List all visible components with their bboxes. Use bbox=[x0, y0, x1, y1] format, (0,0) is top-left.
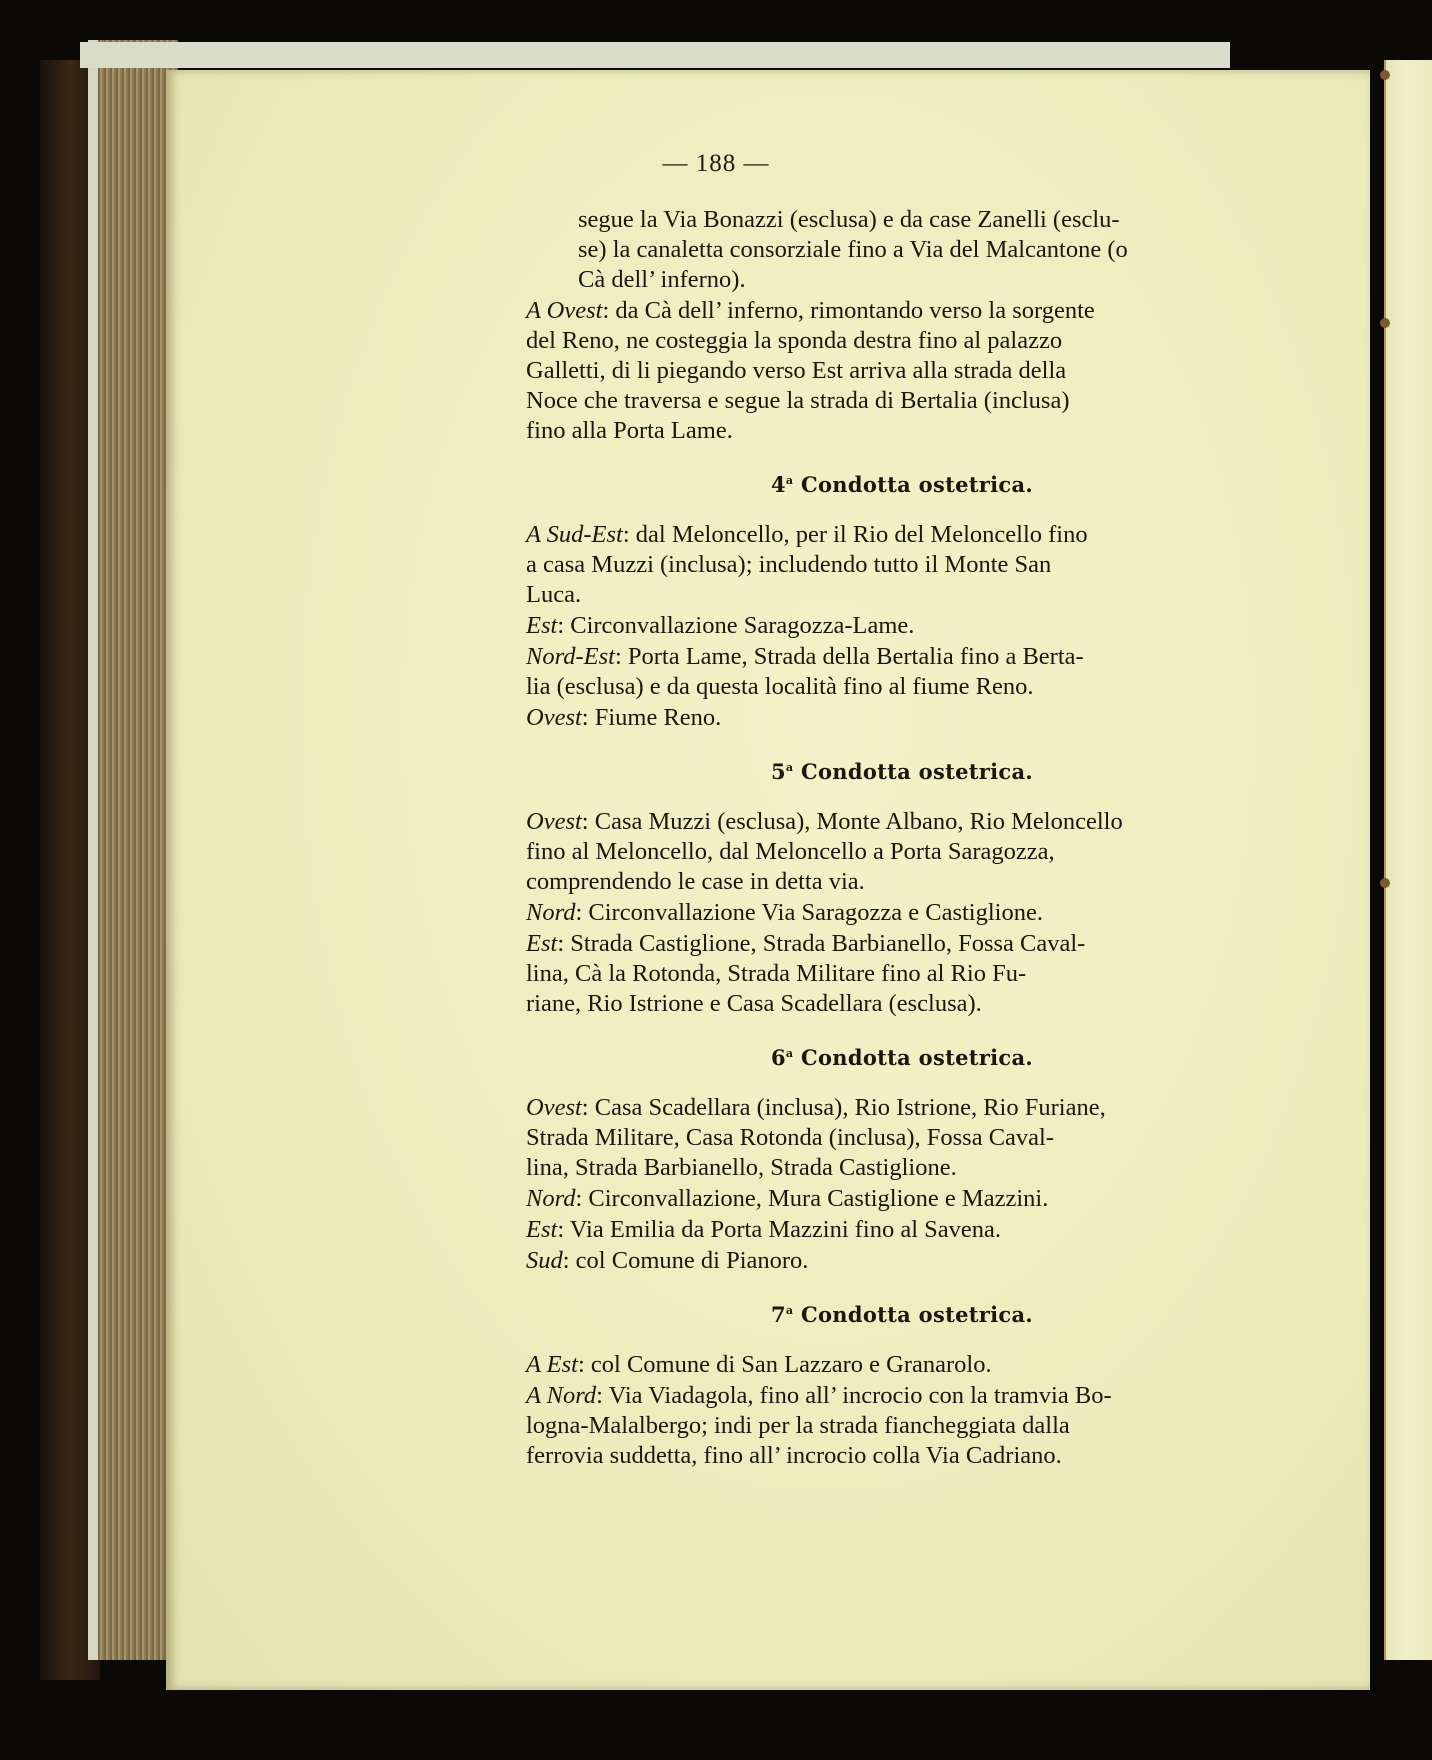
text-line: : dal Meloncello, per il Rio del Melonce… bbox=[623, 521, 1088, 548]
direction-label: Nord bbox=[526, 899, 575, 926]
text-line: Luca. bbox=[526, 581, 581, 608]
section-title: Condotta ostetrica. bbox=[793, 759, 1033, 784]
direction-label: Nord-Est bbox=[526, 643, 615, 670]
page-body: segue la Via Bonazzi (esclusa) e da case… bbox=[526, 205, 1226, 1472]
direction-label: Est bbox=[526, 1216, 557, 1243]
boundary-entry: Ovest: Casa Scadellara (inclusa), Rio Is… bbox=[526, 1093, 1226, 1183]
section-title: Condotta ostetrica. bbox=[793, 1302, 1033, 1327]
text-line: riane, Rio Istrione e Casa Scadellara (e… bbox=[526, 990, 982, 1017]
text-line: fino alla Porta Lame. bbox=[578, 416, 1226, 446]
boundary-entry: Est: Via Emilia da Porta Mazzini fino al… bbox=[526, 1215, 1226, 1245]
section-heading: 4a Condotta ostetrica. bbox=[526, 466, 1226, 500]
boundary-entry: Ovest: Fiume Reno. bbox=[526, 703, 1226, 733]
section-number: 4 bbox=[771, 472, 786, 497]
text-line: ferrovia suddetta, fino all’ incrocio co… bbox=[526, 1442, 1062, 1469]
text-line: Cà dell’ inferno). bbox=[578, 265, 1226, 295]
boundary-entry: A Est: col Comune di San Lazzaro e Grana… bbox=[526, 1350, 1226, 1380]
boundary-entry: Ovest: Casa Muzzi (esclusa), Monte Alban… bbox=[526, 807, 1226, 897]
direction-label: Sud bbox=[526, 1247, 563, 1274]
boundary-entry: Nord: Circonvallazione Via Saragozza e C… bbox=[526, 898, 1226, 928]
text-line: : col Comune di Pianoro. bbox=[563, 1247, 809, 1274]
text-line: logna-Malalbergo; indi per la strada fia… bbox=[526, 1412, 1070, 1439]
binding-thread-mark bbox=[1380, 878, 1390, 888]
section-heading: 6a Condotta ostetrica. bbox=[526, 1039, 1226, 1073]
text-line: : Porta Lame, Strada della Bertalia fino… bbox=[615, 643, 1084, 670]
text-line: lina, Strada Barbianello, Strada Castigl… bbox=[526, 1154, 957, 1181]
section-number: 6 bbox=[771, 1045, 786, 1070]
direction-label: A Est bbox=[526, 1351, 578, 1378]
section-heading: 5a Condotta ostetrica. bbox=[526, 753, 1226, 787]
text-line: del Reno, ne costeggia la sponda destra … bbox=[578, 326, 1226, 356]
text-line: comprendendo le case in detta via. bbox=[526, 868, 865, 895]
binding-thread-mark bbox=[1380, 70, 1390, 80]
flyleaf bbox=[80, 42, 1230, 68]
text-line: a casa Muzzi (inclusa); includendo tutto… bbox=[526, 551, 1051, 578]
direction-label: Ovest bbox=[526, 704, 582, 731]
direction-label: A Nord bbox=[526, 1382, 596, 1409]
direction-label: A Ovest bbox=[526, 297, 602, 324]
direction-label: Nord bbox=[526, 1185, 575, 1212]
text-line: fino al Meloncello, dal Meloncello a Por… bbox=[526, 838, 1055, 865]
text-line: Noce che traversa e segue la strada di B… bbox=[578, 386, 1226, 416]
boundary-entry: Nord-Est: Porta Lame, Strada della Berta… bbox=[526, 642, 1226, 702]
text-line: : Via Emilia da Porta Mazzini fino al Sa… bbox=[557, 1216, 1001, 1243]
text-line: : Casa Muzzi (esclusa), Monte Albano, Ri… bbox=[582, 808, 1123, 835]
ovest-paragraph: A Ovest: da Cà dell’ inferno, rimontando… bbox=[526, 296, 1226, 446]
section-heading: 7a Condotta ostetrica. bbox=[526, 1296, 1226, 1330]
section-number: 5 bbox=[771, 759, 786, 784]
boundary-entry: Sud: col Comune di Pianoro. bbox=[526, 1246, 1226, 1276]
direction-label: A Sud-Est bbox=[526, 521, 623, 548]
book-gutter bbox=[1384, 60, 1432, 1660]
text-line: lina, Cà la Rotonda, Strada Militare fin… bbox=[526, 960, 1026, 987]
direction-label: Est bbox=[526, 930, 557, 957]
text-line: : Circonvallazione, Mura Castiglione e M… bbox=[575, 1185, 1048, 1212]
boundary-entry: Est: Circonvallazione Saragozza-Lame. bbox=[526, 611, 1226, 641]
direction-label: Ovest bbox=[526, 808, 582, 835]
boundary-entry: A Sud-Est: dal Meloncello, per il Rio de… bbox=[526, 520, 1226, 610]
text-line: se) la canaletta consorziale fino a Via … bbox=[578, 235, 1226, 265]
boundary-entry: A Nord: Via Viadagola, fino all’ incroci… bbox=[526, 1381, 1226, 1471]
text-line: lia (esclusa) e da questa località fino … bbox=[526, 673, 1034, 700]
sections-container: 4a Condotta ostetrica.A Sud-Est: dal Mel… bbox=[526, 466, 1226, 1471]
text-line: : Strada Castiglione, Strada Barbianello… bbox=[557, 930, 1085, 957]
intro-paragraph: segue la Via Bonazzi (esclusa) e da case… bbox=[526, 205, 1226, 295]
section-title: Condotta ostetrica. bbox=[793, 1045, 1033, 1070]
section-title: Condotta ostetrica. bbox=[793, 472, 1033, 497]
binding-thread-mark bbox=[1380, 318, 1390, 328]
section-number: 7 bbox=[771, 1302, 786, 1327]
text-line: : col Comune di San Lazzaro e Granarolo. bbox=[578, 1351, 992, 1378]
text-line: : Via Viadagola, fino all’ incrocio con … bbox=[596, 1382, 1111, 1409]
direction-label: Est bbox=[526, 612, 557, 639]
page-stack-edge bbox=[88, 40, 178, 1660]
boundary-entry: Nord: Circonvallazione, Mura Castiglione… bbox=[526, 1184, 1226, 1214]
text-line: : Casa Scadellara (inclusa), Rio Istrion… bbox=[582, 1094, 1106, 1121]
direction-label: Ovest bbox=[526, 1094, 582, 1121]
text-line: : da Cà dell’ inferno, rimontando verso … bbox=[602, 297, 1094, 324]
text-line: Galletti, di li piegando verso Est arriv… bbox=[578, 356, 1226, 386]
text-line: : Circonvallazione Saragozza-Lame. bbox=[557, 612, 914, 639]
text-line: segue la Via Bonazzi (esclusa) e da case… bbox=[578, 205, 1226, 235]
text-line: Strada Militare, Casa Rotonda (inclusa),… bbox=[526, 1124, 1054, 1151]
boundary-entry: Est: Strada Castiglione, Strada Barbiane… bbox=[526, 929, 1226, 1019]
text-line: : Circonvallazione Via Saragozza e Casti… bbox=[575, 899, 1043, 926]
text-line: : Fiume Reno. bbox=[582, 704, 722, 731]
page-number: — 188 — bbox=[0, 150, 1432, 178]
